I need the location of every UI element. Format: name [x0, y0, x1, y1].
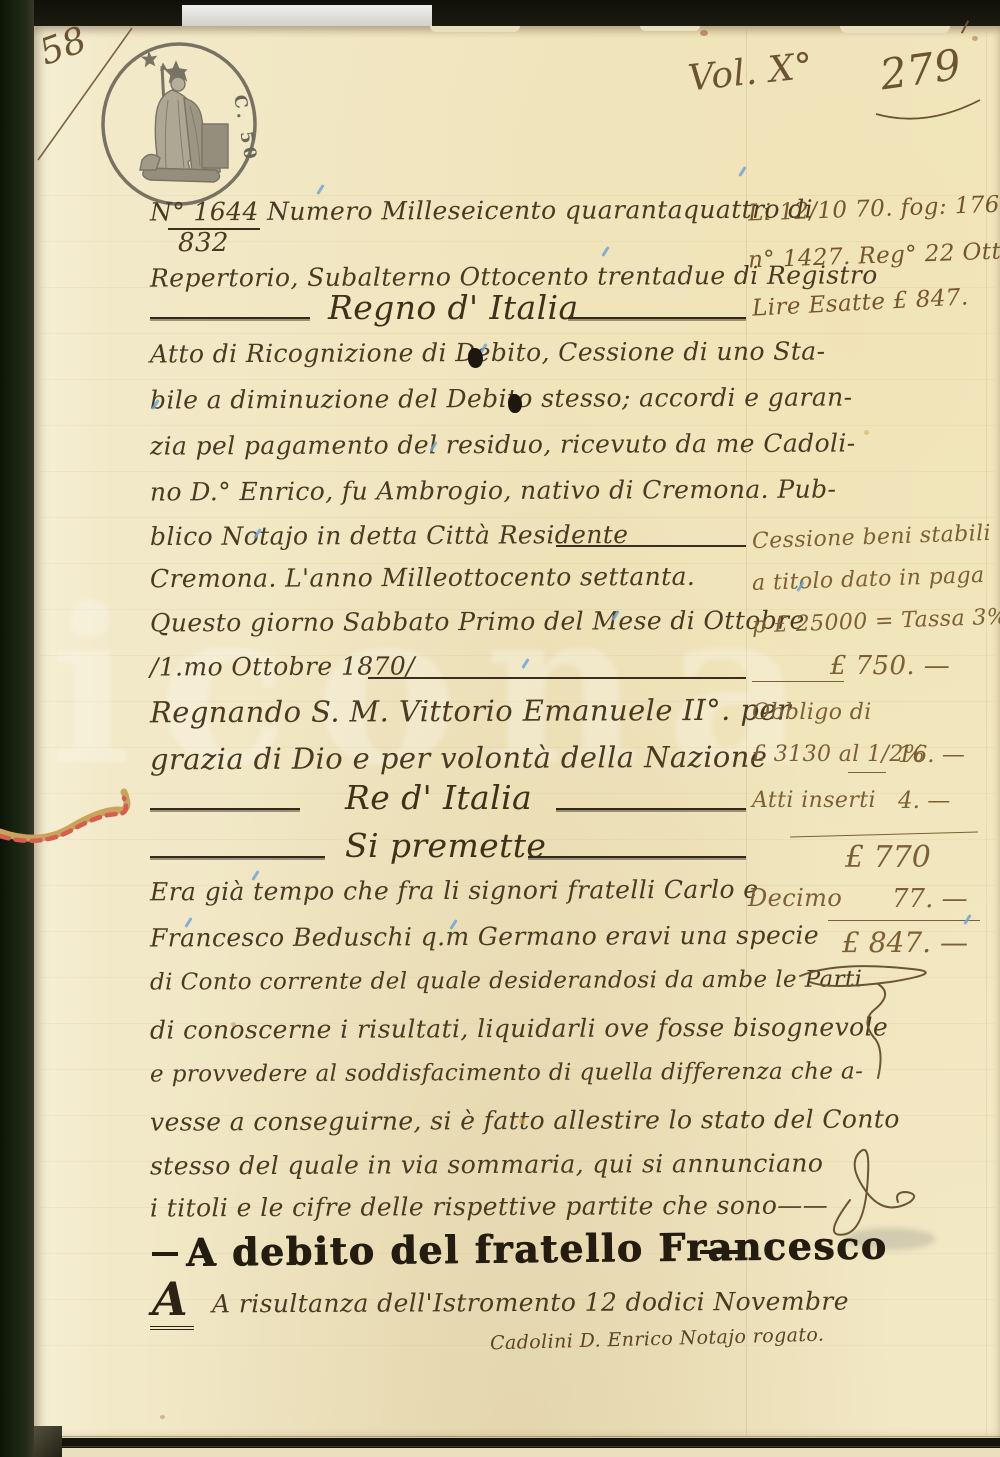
act-number-line: N° 1644 Numero Milleseicento quarantaqua…	[150, 195, 813, 227]
ink-blot	[468, 348, 483, 368]
revenue-stamp: C. 50	[98, 40, 260, 208]
margin-rule	[752, 681, 844, 682]
body-line: no D.° Enrico, fu Ambrogio, nativo di Cr…	[150, 475, 836, 507]
paper-stain	[972, 36, 978, 41]
heading-si-premette: Si premette	[345, 826, 546, 865]
book-binding-edge	[0, 0, 34, 1457]
margin-amount: £ 750. —	[830, 651, 950, 681]
body-line: e provvedere al soddisfacimento di quell…	[150, 1058, 863, 1087]
notary-paraph	[800, 1130, 930, 1240]
under-page-strip	[45, 1448, 1000, 1457]
stamp-value-text: C. 50	[229, 93, 260, 164]
margin-row-amount: 4. —	[898, 788, 950, 814]
scan-top-edge	[0, 0, 1000, 27]
margin-note-title: Obbligo di	[752, 700, 872, 725]
body-line: Questo giorno Sabbato Primo del Mese di …	[150, 606, 805, 638]
margin-row-label: Atti inserti	[752, 788, 876, 813]
seated-italia-figure	[140, 52, 228, 182]
paper-stain	[519, 1118, 525, 1124]
page-edge-line	[60, 1436, 1000, 1437]
torn-edge	[430, 26, 520, 32]
entry-initial-letter: A	[150, 1272, 194, 1330]
torn-edge	[840, 26, 950, 33]
heading-rule-left	[150, 808, 300, 810]
body-line: Cremona. L'anno Milleottocento settanta.	[150, 562, 695, 593]
paper-stain	[700, 30, 708, 36]
torn-edge	[640, 26, 700, 31]
body-line: di conoscerne i risultati, liquidarli ov…	[150, 1012, 888, 1044]
heading-dash-left	[152, 1252, 178, 1256]
total-flourish	[790, 958, 960, 1088]
margin-row-amount: 16. —	[898, 742, 965, 768]
fraction-underline	[848, 772, 886, 773]
margin-row-amount: 77. —	[892, 884, 968, 914]
sum-rule	[828, 920, 980, 921]
heading-regno-italia: Regno d' Italia	[328, 288, 579, 327]
body-line: Francesco Beduschi q.m Germano eravi una…	[150, 921, 819, 953]
margin-subtotal: £ 770	[845, 840, 931, 875]
underlying-page-edge	[182, 5, 432, 28]
repertorio-number: 832	[178, 228, 229, 258]
heading-rule-right	[528, 856, 746, 858]
paper-stain	[231, 1022, 236, 1027]
paper-stain	[864, 430, 869, 435]
body-line: stesso del quale in via sommaria, qui si…	[150, 1149, 823, 1181]
section-heading-debito-francesco: A debito del fratello Francesco	[186, 1222, 888, 1274]
margin-row-label: Decimo	[748, 884, 842, 912]
heading-rule-left	[150, 317, 310, 319]
body-line: zia pel pagamento del residuo, ricevuto …	[150, 428, 856, 460]
body-line: Era già tempo che fra li signori fratell…	[150, 875, 759, 907]
body-line: di Conto corrente del quale desiderandos…	[150, 966, 863, 995]
heading-dash-right	[700, 1250, 744, 1254]
bottom-left-shadow	[34, 1426, 62, 1457]
page-number-flourish	[868, 92, 988, 122]
body-line: Regnando S. M. Vittorio Emanuele II°. pe…	[150, 693, 791, 730]
scanned-document-page: icona 58 C. 50 Vol. X° 279 Li 12/10 7	[0, 0, 1000, 1457]
page-edge-line	[48, 1446, 1000, 1447]
body-line: Atto di Ricognizione di Debito, Cessione…	[150, 337, 826, 369]
fill-rule	[556, 545, 746, 547]
entry-first-line: A risultanza dell'Istromento 12 dodici N…	[212, 1287, 849, 1319]
heading-rule-right	[556, 808, 746, 810]
binding-thread	[0, 740, 135, 870]
ink-blot	[508, 394, 522, 413]
paper-stain	[160, 1415, 165, 1419]
body-line: bile a diminuzione del Debito stesso; ac…	[150, 382, 853, 414]
heading-rule-left	[150, 856, 325, 858]
heading-re-italia: Re d' Italia	[345, 778, 532, 817]
heading-rule-right	[568, 317, 746, 319]
body-line: grazia di Dio e per volontà della Nazion…	[150, 740, 767, 777]
body-line: i titoli e le cifre delle rispettive par…	[150, 1191, 828, 1223]
fill-rule	[368, 677, 746, 679]
margin-total: £ 847. —	[842, 926, 968, 959]
